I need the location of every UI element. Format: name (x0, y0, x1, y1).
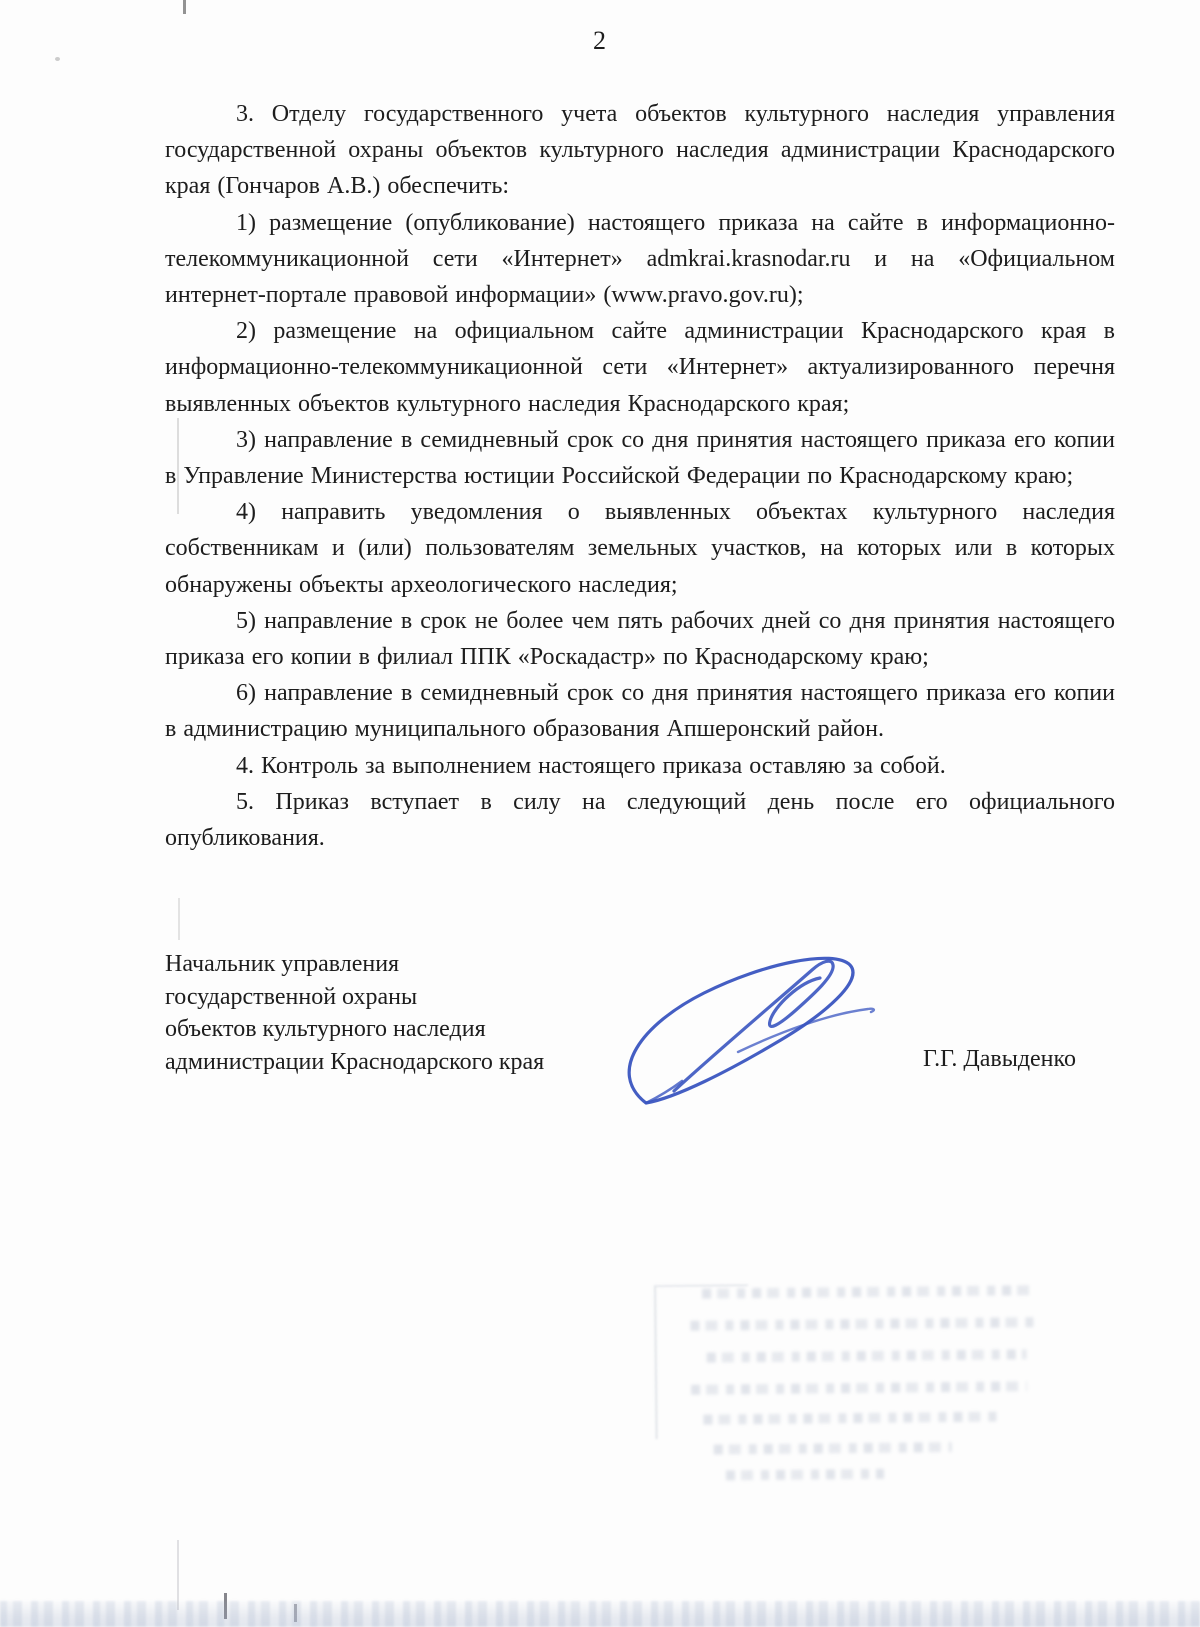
bottom-edge-bleed-band (0, 1601, 1200, 1627)
signatory-position-line: объектов культурного наследия (165, 1013, 635, 1046)
signatory-position-line: государственной охраны (165, 981, 635, 1014)
bleed-through-text-row (702, 1285, 1034, 1298)
bleed-through-text-row (707, 1349, 1027, 1362)
bleed-through-text-row (714, 1442, 952, 1454)
subparagraph-6: 6) направление в семидневный срок со дня… (165, 675, 1115, 747)
signatory-name: Г.Г. Давыденко (923, 1046, 1076, 1073)
handwritten-signature-icon (612, 948, 880, 1110)
subparagraph-5: 5) направление в срок не более чем пять … (165, 603, 1115, 675)
scan-artifact-hairline (177, 1540, 179, 1610)
subparagraph-1: 1) размещение (опубликование) настоящего… (165, 205, 1115, 314)
scanned-document-page: 2 3. Отделу государственного учета объек… (0, 0, 1200, 1627)
paragraph-4: 4. Контроль за выполнением настоящего пр… (165, 748, 1115, 784)
signatory-position-block: Начальник управления государственной охр… (165, 948, 635, 1078)
scan-artifact-dot (55, 57, 60, 61)
subparagraph-4: 4) направить уведомления о выявленных об… (165, 494, 1115, 603)
bleed-through-text-row (691, 1381, 1027, 1395)
paragraph-5: 5. Приказ вступает в силу на следующий д… (165, 784, 1115, 856)
bleed-through-text-row (703, 1412, 1003, 1425)
scan-artifact-top-tick (183, 0, 186, 14)
subparagraph-2: 2) размещение на официальном сайте админ… (165, 313, 1115, 422)
subparagraph-3: 3) направление в семидневный срок со дня… (165, 422, 1115, 494)
bleed-through-text-row (726, 1469, 884, 1481)
signatory-position-line: Начальник управления (165, 948, 635, 981)
scan-artifact-tick (224, 1593, 227, 1619)
page-number: 2 (0, 26, 1200, 56)
scan-artifact-tick (294, 1604, 297, 1622)
document-body: 3. Отделу государственного учета объекто… (165, 96, 1115, 856)
paragraph-3: 3. Отделу государственного учета объекто… (165, 96, 1115, 205)
bleed-through-stamp-artifact (644, 1253, 1077, 1502)
signatory-position-line: администрации Краснодарского края (165, 1046, 635, 1079)
bleed-through-box-outline (654, 1284, 750, 1439)
bleed-through-text-row (690, 1317, 1038, 1331)
scan-artifact-hairline (178, 898, 180, 940)
